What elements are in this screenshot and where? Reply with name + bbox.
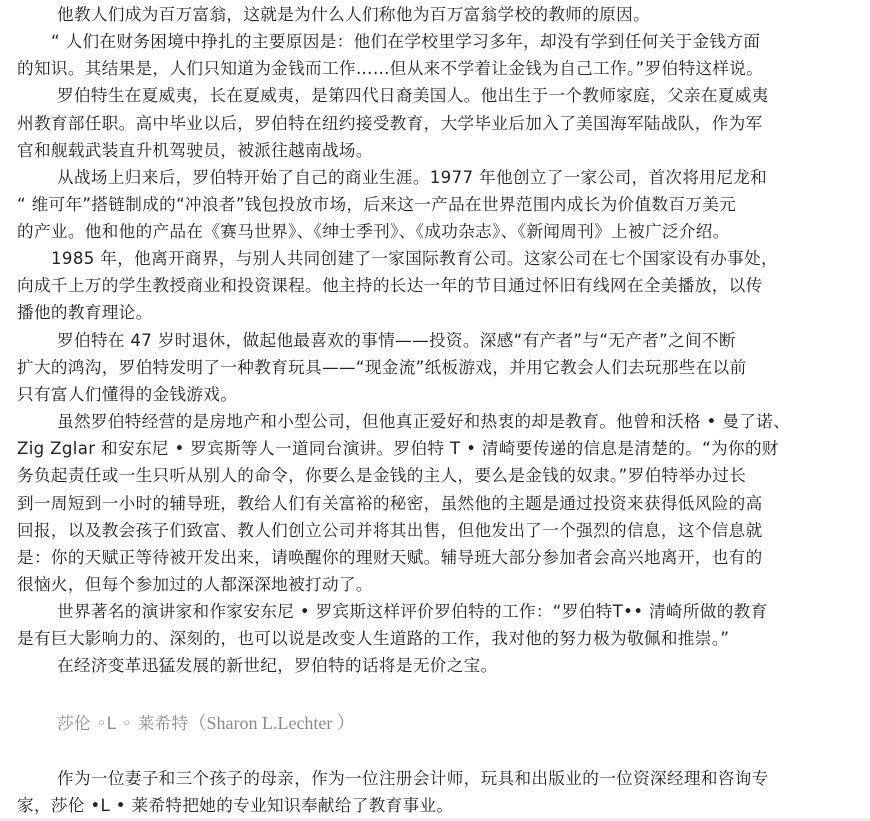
paragraph-line: 世界著名的演讲家和作家安东尼 • 罗宾斯这样评价罗伯特的工作：“罗伯特T•• 清… bbox=[57, 598, 768, 625]
paragraph-line: 到一周短到一小时的辅导班，教给人们有关富裕的秘密，虽然他的主题是通过投资来获得低… bbox=[17, 490, 763, 517]
paragraph-line: Zig Zglar 和安东尼 • 罗宾斯等人一道同台演讲。罗伯特 T • 清崎要… bbox=[17, 435, 779, 462]
paragraph-line: 作为一位妻子和三个孩子的母亲，作为一位注册会计师，玩具和出版业的一位资深经理和咨… bbox=[57, 765, 769, 792]
paragraph-line: 扩大的鸿沟，罗伯特发明了一种教育玩具——“现金流”纸板游戏，并用它教会人们去玩那… bbox=[17, 354, 747, 381]
paragraph-line: 的产业。他和他的产品在《赛马世界》、《绅士季刊》、《成功杂志》、《新闻周刊》上被… bbox=[17, 218, 730, 245]
paragraph-line: 是：你的天赋正等待被开发出来，请唤醒你的理财天赋。辅导班大部分参加者会高兴地离开… bbox=[17, 544, 763, 571]
paragraph-line: “ 维可年”搭链制成的“冲浪者”钱包投放市场，后来这一产品在世界范围内成长为价值… bbox=[17, 191, 736, 218]
paragraph-line: 的知识。其结果是，人们只知道为金钱而工作……但从来不学着让金钱为自己工作。”罗伯… bbox=[17, 55, 763, 82]
paragraph-line: 只有富人们懂得的金钱游戏。 bbox=[17, 381, 237, 408]
paragraph-line: 1985 年，他离开商界，与别人共同创建了一家国际教育公司。这家公司在七个国家设… bbox=[51, 245, 778, 272]
paragraph-line: 家，莎伦 •L • 莱希特把她的专业知识奉献给了教育事业。 bbox=[17, 792, 453, 819]
section-heading: 莎伦 ◦L ◦ 莱希特（Sharon L.Lechter ） bbox=[57, 710, 355, 737]
paragraph-line: 他教人们成为百万富翁，这就是为什么人们称他为百万富翁学校的教师的原因。 bbox=[57, 1, 650, 28]
paragraph-line: 罗伯特生在夏威夷，长在夏威夷，是第四代日裔美国人。他出生于一个教师家庭，父亲在夏… bbox=[57, 82, 769, 109]
paragraph-line: 向成千上万的学生教授商业和投资课程。他主持的长达一年的节目通过怀旧有线网在全美播… bbox=[17, 272, 763, 299]
paragraph-line: “ 人们在财务困境中挣扎的主要原因是：他们在学校里学习多年，却没有学到任何关于金… bbox=[51, 28, 760, 55]
paragraph-line: 回报，以及教会孩子们致富、教人们创立公司并将其出售，但他发出了一个强烈的信息，这… bbox=[17, 517, 763, 544]
paragraph-line: 在经济变革迅猛发展的新世纪，罗伯特的话将是无价之宝。 bbox=[57, 652, 498, 679]
heading-english-name: （Sharon L.Lechter ） bbox=[188, 713, 354, 733]
paragraph-line: 很恼火，但每个参加过的人都深深地被打动了。 bbox=[17, 571, 373, 598]
paragraph-line: 官和舰载武装直升机驾驶员，被派往越南战场。 bbox=[17, 137, 373, 164]
paragraph-line: 从战场上归来后，罗伯特开始了自己的商业生涯。1977 年他创立了一家公司，首次将… bbox=[57, 164, 767, 191]
paragraph-line: 罗伯特在 47 岁时退休，做起他最喜欢的事情——投资。深感“有产者”与“无产者”… bbox=[57, 327, 736, 354]
paragraph-line: 务负起责任或一生只听从别人的命令，你要么是金钱的主人，要么是金钱的奴隶。”罗伯特… bbox=[17, 462, 746, 489]
paragraph-line: 虽然罗伯特经营的是房地产和小型公司，但他真正爱好和热衷的却是教育。他曾和沃格 •… bbox=[57, 408, 790, 435]
paragraph-line: 是有巨大影响力的、深刻的，也可以说是改变人生道路的工作，我对他的努力极为敬佩和推… bbox=[17, 625, 729, 652]
paragraph-line: 州教育部任职。高中毕业以后，罗伯特在纽约接受教育，大学毕业后加入了美国海军陆战队… bbox=[17, 110, 763, 137]
paragraph-line: 播他的教育理论。 bbox=[17, 299, 153, 326]
heading-chinese-name: 莎伦 ◦L ◦ 莱希特 bbox=[57, 714, 188, 733]
